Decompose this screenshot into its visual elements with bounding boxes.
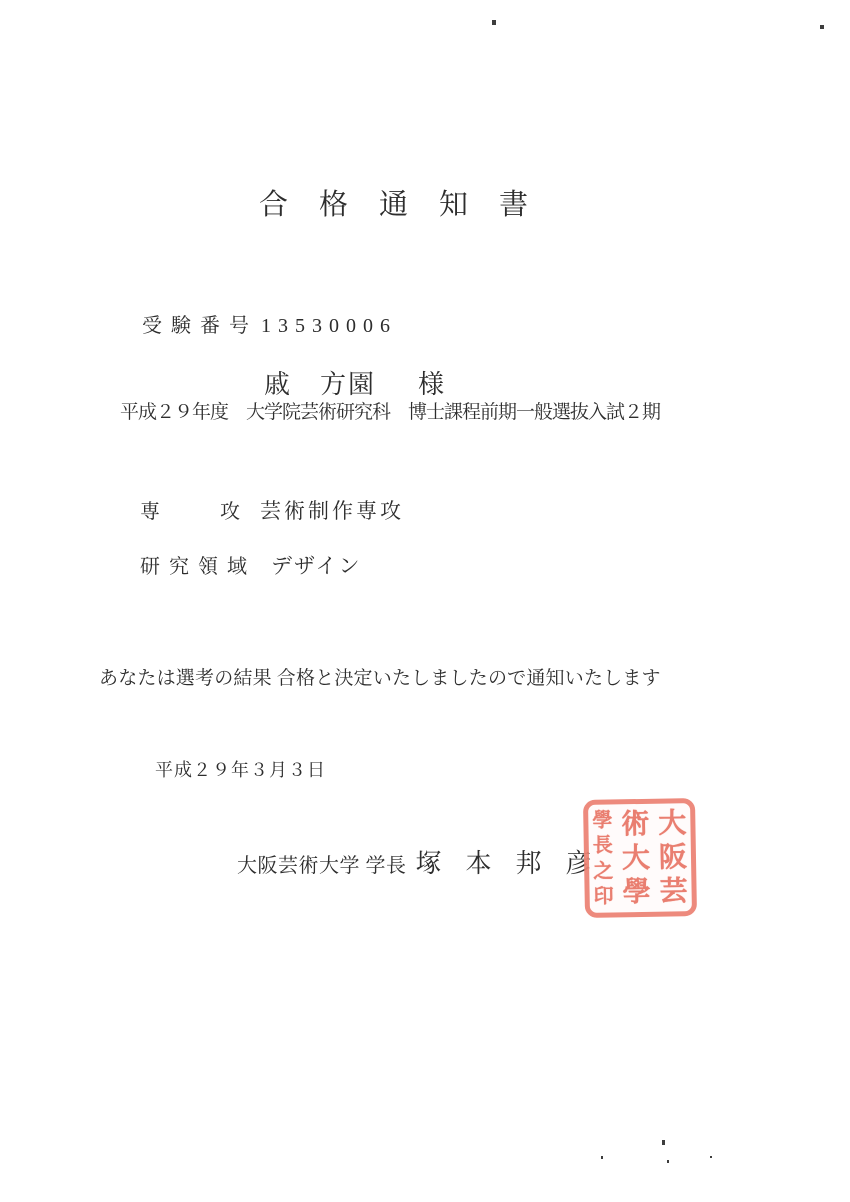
research-area-label: 研 究 領 域 [140, 556, 249, 578]
document-title: 合 格 通 知 書 [259, 182, 529, 223]
program-line: 平成２９年度 大学院芸術研究科 博士課程前期一般選抜入試２期 [120, 397, 660, 424]
seal-char: 學 [622, 875, 651, 908]
research-area-line: 研 究 領 域デザイン [120, 527, 362, 603]
seal-char: 大 [622, 841, 651, 874]
examinee-number-label: 受 験 番 号 [142, 315, 251, 337]
scan-dust-speck [820, 25, 824, 29]
seal-column-left: 學 長 之 印 [592, 807, 614, 909]
seal-char: 學 [592, 808, 612, 832]
recipient-honorific: 様 [418, 370, 444, 399]
seal-column-right: 大 阪 芸 [658, 806, 688, 908]
recipient-name: 戚 方園 [264, 370, 376, 399]
seal-char: 長 [593, 834, 613, 858]
scan-dust-speck [601, 1156, 603, 1159]
seal-char: 術 [621, 807, 650, 840]
signature-president-name: 塚 本 邦 彦 [416, 843, 591, 880]
seal-char: 大 [658, 807, 687, 840]
scan-dust-speck [662, 1140, 665, 1145]
research-area-value: デザイン [271, 554, 362, 578]
scan-dust-speck [710, 1156, 712, 1158]
seal-char: 阪 [659, 841, 688, 874]
scan-dust-speck [492, 20, 496, 25]
university-president-seal-stamp: 大 阪 芸 術 大 學 學 長 之 印 [583, 798, 697, 918]
major-label: 専 攻 [140, 501, 240, 523]
seal-char: 印 [593, 885, 613, 909]
issue-date: 平成２９年３月３日 [155, 756, 326, 782]
scan-dust-speck [667, 1160, 669, 1163]
signature-line: 大阪芸術大学 学長 塚 本 邦 彦 [237, 843, 591, 880]
signature-organization: 大阪芸術大学 学長 [237, 849, 407, 878]
major-value: 芸術制作専攻 [260, 499, 404, 523]
seal-char: 之 [593, 859, 613, 883]
notification-body-text: あなたは選考の結果 合格と決定いたしましたので通知いたします [99, 663, 661, 690]
seal-column-middle: 術 大 學 [621, 807, 651, 909]
acceptance-letter-page: 合 格 通 知 書 受 験 番 号13530006 戚 方園様 平成２９年度 大… [0, 0, 850, 1202]
seal-char: 芸 [659, 875, 688, 908]
